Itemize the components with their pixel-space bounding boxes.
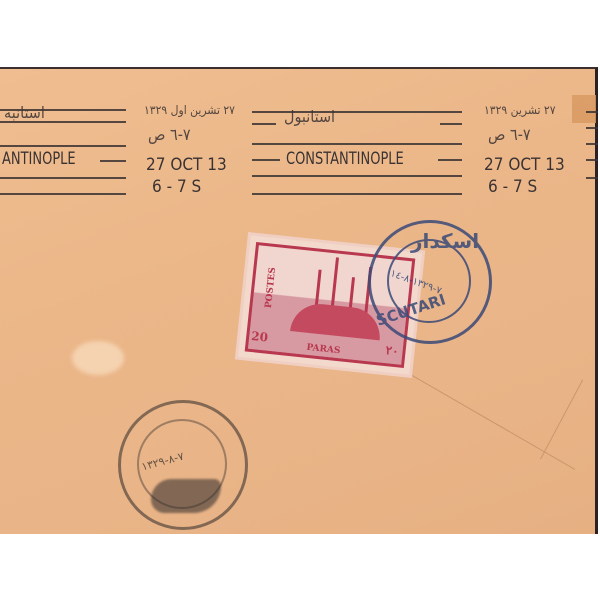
postmark-arrival: ٧-٨-١٣٢٩ [118, 400, 248, 530]
postmark-scutari: اسكدار ٧-١٣٢٩-٨-١٤ SCUTARI [368, 220, 492, 344]
cancel-time: 6 - 7 S [152, 177, 201, 197]
city-name: ANTINOPLE [2, 149, 76, 169]
cancel-time: 6 - 7 S [488, 177, 537, 197]
cancel-date: 27 OCT 13 [146, 155, 227, 175]
stamp-country: POSTES [264, 267, 278, 309]
stamp-currency: PARAS [306, 343, 341, 357]
paper-stain [72, 341, 124, 375]
arabic-time: ٧-٦ ص [488, 125, 531, 144]
cancel-date: 27 OCT 13 [484, 155, 565, 175]
arabic-city: استانبه [4, 103, 45, 122]
arabic-date: ٢٧ تشرين اول ١٣٢٩ [144, 103, 235, 117]
city-name: CONSTANTINOPLE [286, 149, 404, 169]
stamp-arabic-value: ٢٠ [385, 343, 399, 358]
flap-crease [540, 380, 583, 460]
arabic-city: استانبول [284, 107, 335, 126]
tape-remnant [572, 95, 596, 123]
arabic-date: ٢٧ تشرين ١٣٢٩ [484, 103, 556, 117]
mosque-image [290, 301, 383, 340]
postmark-arabic: اسكدار [411, 229, 479, 253]
arabic-time: ٧-٦ ص [148, 125, 191, 144]
stamp-value: 20 [251, 329, 269, 345]
